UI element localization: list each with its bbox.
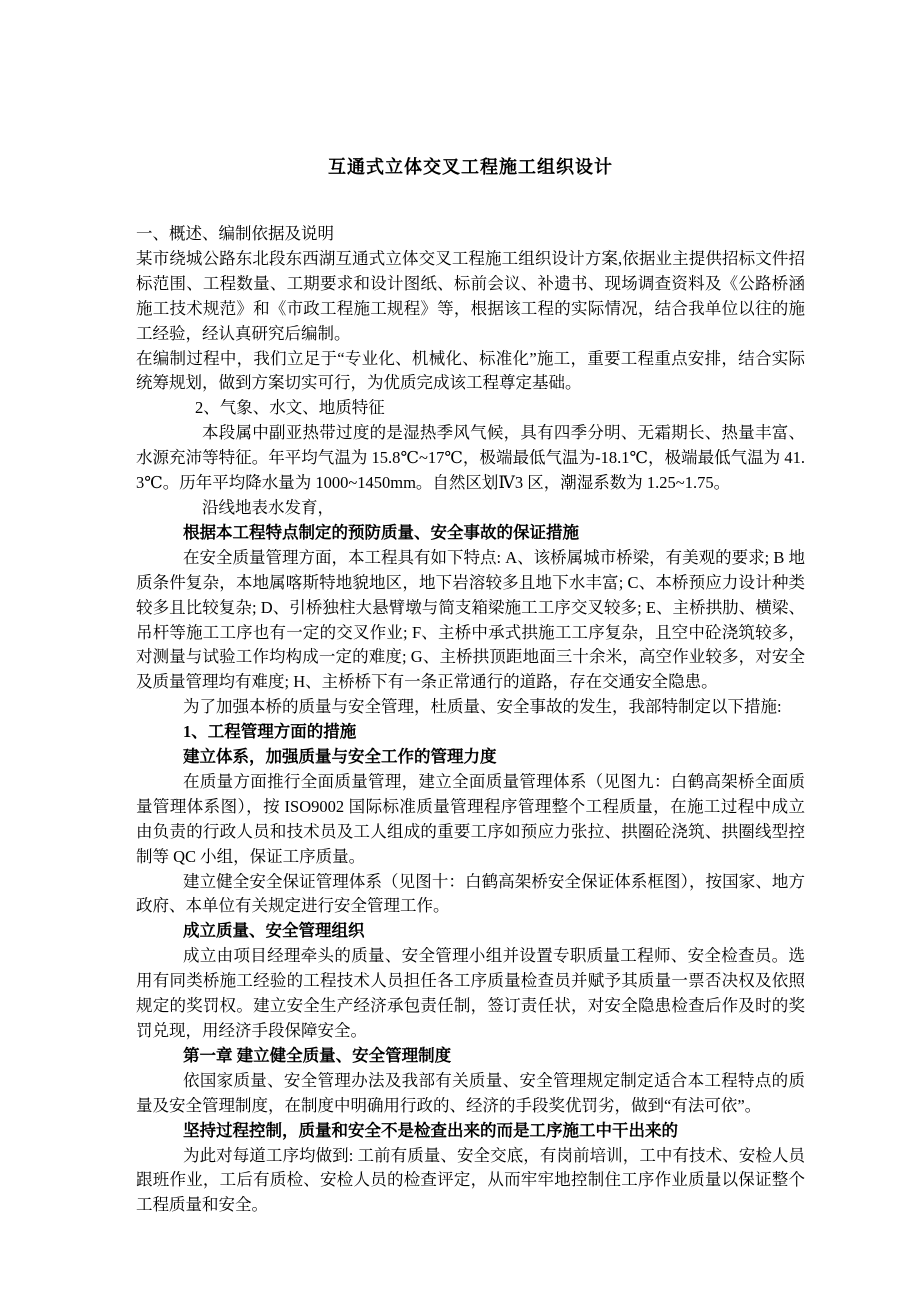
- document-page: 互通式立体交叉工程施工组织设计 一、概述、编制依据及说明 某市绕城公路东北段东西…: [0, 0, 920, 1302]
- document-title: 互通式立体交叉工程施工组织设计: [136, 155, 805, 179]
- sub-heading: 建立体系，加强质量与安全工作的管理力度: [136, 745, 805, 770]
- paragraph: 在编制过程中，我们立足于“专业化、机械化、标准化”施工，重要工程重点安排，结合实…: [136, 347, 805, 397]
- paragraph: 建立健全安全保证管理体系（见图十：白鹤高架桥安全保证体系框图），按国家、地方政府…: [136, 870, 805, 920]
- paragraph: 某市绕城公路东北段东西湖互通式立体交叉工程施工组织设计方案,依据业主提供招标文件…: [136, 247, 805, 347]
- sub-heading: 根据本工程特点制定的预防质量、安全事故的保证措施: [136, 521, 805, 546]
- chapter-heading: 第一章 建立健全质量、安全管理制度: [136, 1044, 805, 1069]
- paragraph: 依国家质量、安全管理办法及我部有关质量、安全管理规定制定适合本工程特点的质量及安…: [136, 1069, 805, 1119]
- paragraph: 成立由项目经理牵头的质量、安全管理小组并设置专职质量工程师、安全检查员。选用有同…: [136, 944, 805, 1044]
- paragraph: 本段属中副亚热带过度的是湿热季风气候，具有四季分明、无霜期长、热量丰富、水源充沛…: [136, 421, 805, 496]
- paragraph: 在质量方面推行全面质量管理，建立全面质量管理体系（见图九：白鹤高架桥全面质量管理…: [136, 770, 805, 870]
- paragraph: 在安全质量管理方面，本工程具有如下特点: A、该桥属城市桥梁，有美观的要求; B…: [136, 546, 805, 695]
- paragraph: 为此对每道工序均做到: 工前有质量、安全交底，有岗前培训，工中有技术、安检人员跟…: [136, 1144, 805, 1219]
- numbered-item-heading: 2、气象、水文、地质特征: [136, 396, 805, 421]
- sub-heading: 成立质量、安全管理组织: [136, 919, 805, 944]
- paragraph: 沿线地表水发育，: [136, 496, 805, 521]
- sub-heading: 1、工程管理方面的措施: [136, 720, 805, 745]
- sub-heading: 坚持过程控制，质量和安全不是检查出来的而是工序施工中干出来的: [136, 1119, 805, 1144]
- document-content: 互通式立体交叉工程施工组织设计 一、概述、编制依据及说明 某市绕城公路东北段东西…: [0, 0, 920, 1218]
- section-heading: 一、概述、编制依据及说明: [136, 222, 805, 247]
- paragraph: 为了加强本桥的质量与安全管理，杜质量、安全事故的发生，我部特制定以下措施:: [136, 695, 805, 720]
